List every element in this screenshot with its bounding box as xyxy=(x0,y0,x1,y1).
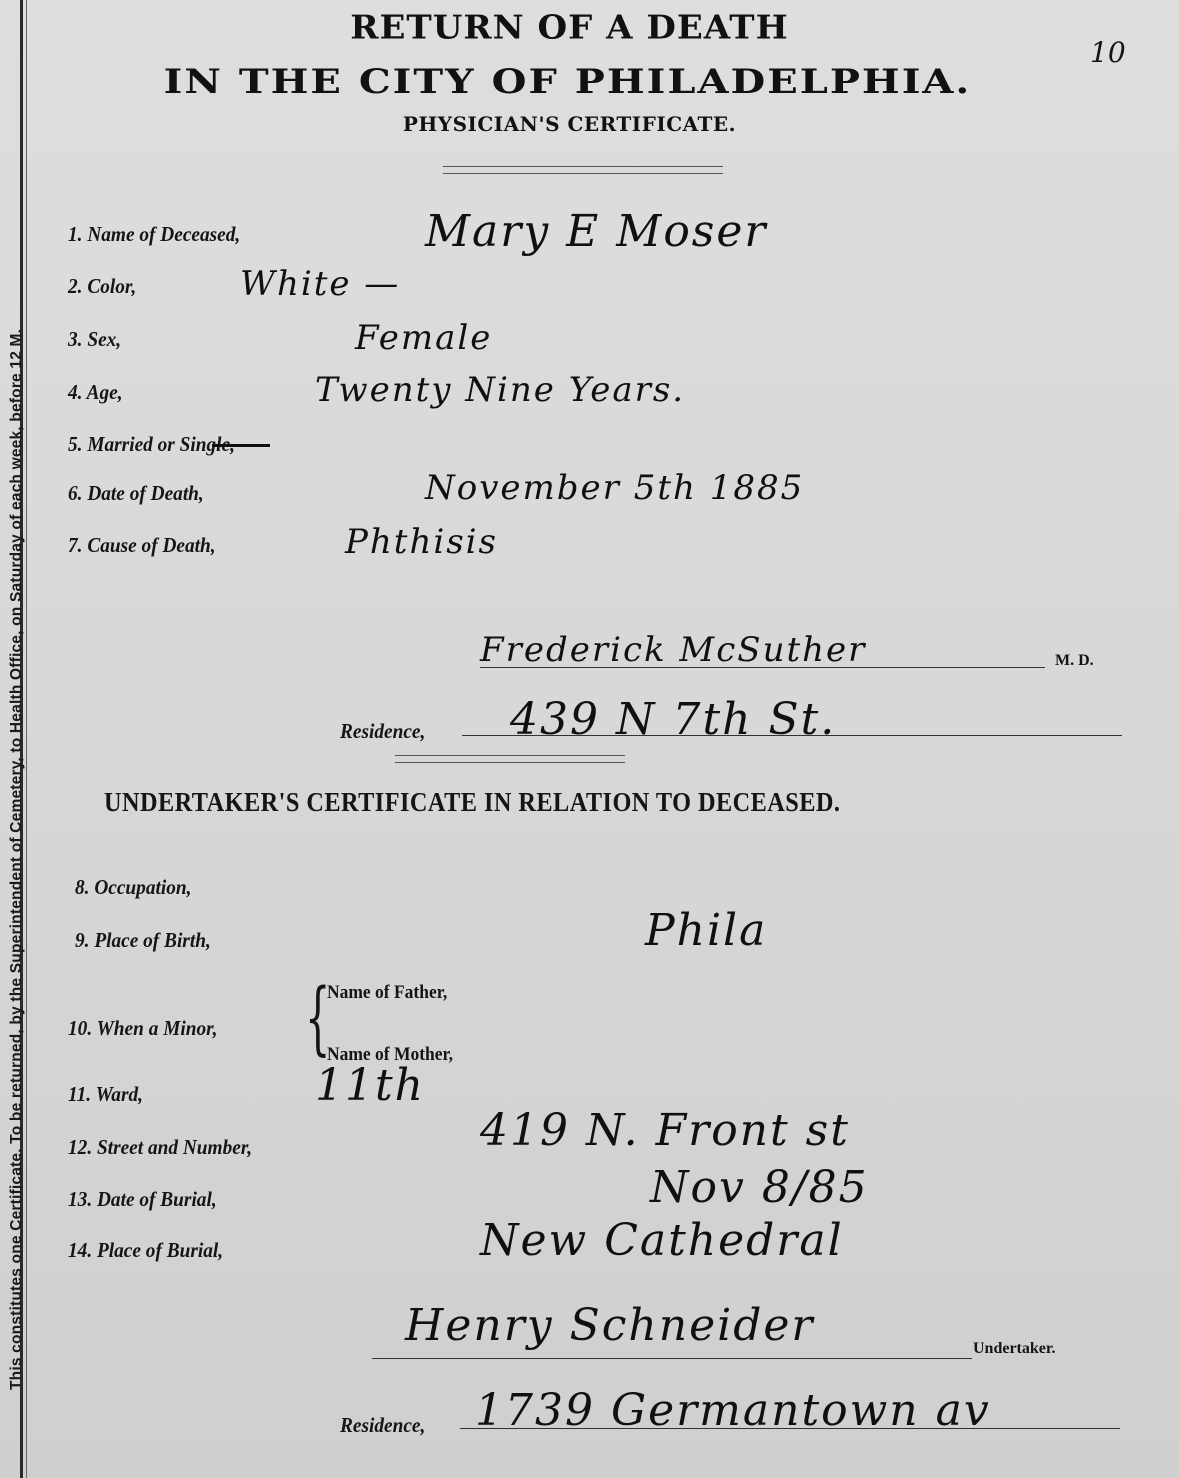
undertaker-section-title: UNDERTAKER'S CERTIFICATE IN RELATION TO … xyxy=(104,787,840,818)
strike-through-mark xyxy=(212,444,270,447)
residence-line xyxy=(462,735,1122,736)
divider xyxy=(395,755,625,763)
label-place-of-birth: 9. Place of Birth, xyxy=(75,928,211,953)
value-ward: 11th xyxy=(315,1060,425,1111)
label-place-of-burial: 14. Place of Burial, xyxy=(68,1238,223,1263)
label-married-single: 5. Married or Single, xyxy=(68,432,235,457)
margin-rule-thin xyxy=(26,0,27,1478)
value-place-of-burial: New Cathedral xyxy=(480,1215,844,1266)
undertaker-signature: Henry Schneider xyxy=(405,1300,814,1351)
death-certificate-page: This constitutes one Certificate. To be … xyxy=(0,0,1179,1478)
label-date-of-burial: 13. Date of Burial, xyxy=(68,1187,217,1212)
label-name-of-father: Name of Father, xyxy=(327,982,447,1004)
label-color: 2. Color, xyxy=(68,274,136,299)
value-place-of-birth: Phila xyxy=(645,905,767,956)
value-sex: Female xyxy=(355,318,492,358)
value-color: White — xyxy=(240,264,400,304)
subtitle: PHYSICIAN'S CERTIFICATE. xyxy=(0,112,1159,136)
label-cause-of-death: 7. Cause of Death, xyxy=(68,533,216,558)
label-physician-residence: Residence, xyxy=(340,719,425,744)
label-name-of-deceased: 1. Name of Deceased, xyxy=(68,222,240,247)
value-date-of-death: November 5th 1885 xyxy=(425,468,804,508)
side-note: This constitutes one Certificate. To be … xyxy=(8,0,26,1390)
signature-line xyxy=(480,667,1045,668)
value-age: Twenty Nine Years. xyxy=(315,370,685,410)
label-undertaker-residence: Residence, xyxy=(340,1413,425,1438)
undertaker-suffix: Undertaker. xyxy=(973,1340,1056,1358)
residence-line xyxy=(460,1428,1120,1429)
value-date-of-burial: Nov 8/85 xyxy=(650,1162,869,1213)
value-physician-residence: 439 N 7th St. xyxy=(510,694,836,745)
value-cause-of-death: Phthisis xyxy=(345,522,498,562)
divider xyxy=(443,166,723,174)
label-date-of-death: 6. Date of Death, xyxy=(68,481,204,506)
title-line-2: IN THE CITY OF PHILADELPHIA. xyxy=(0,62,1157,102)
label-age: 4. Age, xyxy=(68,380,123,405)
label-street-and-number: 12. Street and Number, xyxy=(68,1135,252,1160)
value-street-and-number: 419 N. Front st xyxy=(480,1105,850,1156)
label-sex: 3. Sex, xyxy=(68,327,121,352)
label-ward: 11. Ward, xyxy=(68,1082,143,1107)
title-line-1: RETURN OF A DEATH xyxy=(0,9,1159,47)
value-name-of-deceased: Mary E Moser xyxy=(425,206,767,257)
md-suffix: M. D. xyxy=(1055,652,1094,670)
label-occupation: 8. Occupation, xyxy=(75,875,191,900)
signature-line xyxy=(372,1358,972,1359)
physician-signature: Frederick McSuther xyxy=(480,630,866,670)
label-when-a-minor: 10. When a Minor, xyxy=(68,1016,217,1041)
page-number: 10 xyxy=(1090,36,1126,69)
